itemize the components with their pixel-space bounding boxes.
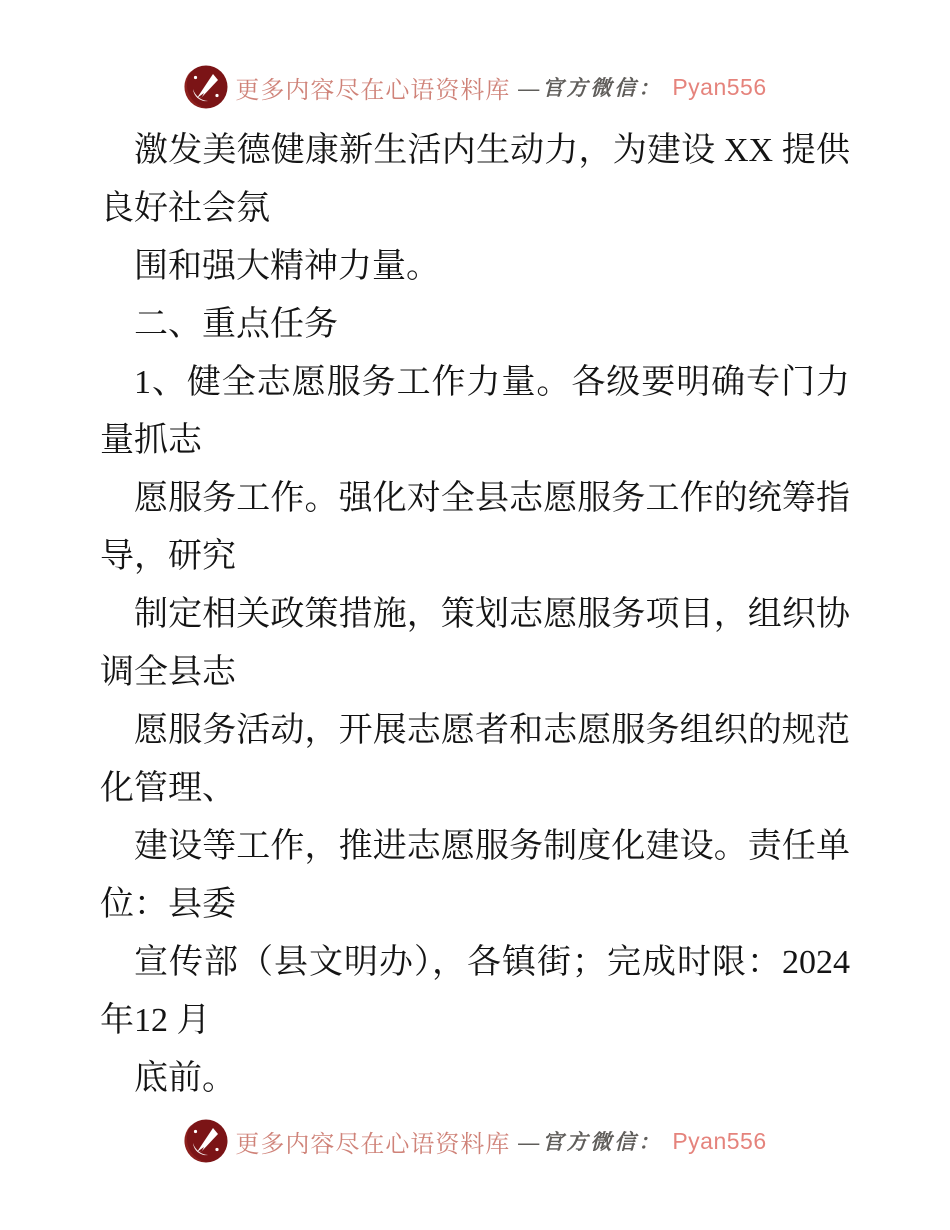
text-line: 1、健全志愿服务工作力量。各级要明确专门力: [100, 354, 850, 412]
text-line: 导，研究: [100, 528, 850, 586]
document-page: 更多内容尽在心语资料库 —官方微信： Pyan556 激发美德健康新生活内生动力…: [0, 0, 950, 1230]
text-line: 制定相关政策措施，策划志愿服务项目，组织协: [100, 586, 850, 644]
text-line: 年12 月: [100, 992, 850, 1050]
text-line: 位：县委: [100, 876, 850, 934]
text-line: 良好社会氛: [100, 180, 850, 238]
watermark-wechat-account: Pyan556: [672, 74, 766, 101]
text-line: 激发美德健康新生活内生动力，为建设 XX 提供: [100, 122, 850, 180]
watermark-wechat-label: —官方微信：: [518, 1126, 662, 1156]
brand-pen-logo-icon: [183, 64, 229, 110]
text-line: 宣传部（县文明办），各镇街；完成时限：2024: [100, 934, 850, 992]
document-body: 激发美德健康新生活内生动力，为建设 XX 提供 良好社会氛 围和强大精神力量。 …: [100, 122, 850, 1108]
text-line: 建设等工作，推进志愿服务制度化建设。责任单: [100, 818, 850, 876]
text-line: 愿服务活动，开展志愿者和志愿服务组织的规范: [100, 702, 850, 760]
brand-pen-logo-icon: [183, 1118, 229, 1164]
text-line: 化管理、: [100, 760, 850, 818]
watermark-site-text: 更多内容尽在心语资料库: [235, 1124, 510, 1159]
section-heading: 二、重点任务: [100, 296, 850, 354]
text-line: 调全县志: [100, 644, 850, 702]
header-watermark: 更多内容尽在心语资料库 —官方微信： Pyan556: [0, 62, 950, 112]
text-line: 围和强大精神力量。: [100, 238, 850, 296]
text-line: 愿服务工作。强化对全县志愿服务工作的统筹指: [100, 470, 850, 528]
watermark-wechat-label: —官方微信：: [518, 72, 662, 102]
watermark-wechat-account: Pyan556: [672, 1128, 766, 1155]
watermark-site-text: 更多内容尽在心语资料库: [235, 70, 510, 105]
footer-watermark: 更多内容尽在心语资料库 —官方微信： Pyan556: [0, 1116, 950, 1166]
text-line: 量抓志: [100, 412, 850, 470]
text-line: 底前。: [100, 1050, 850, 1108]
